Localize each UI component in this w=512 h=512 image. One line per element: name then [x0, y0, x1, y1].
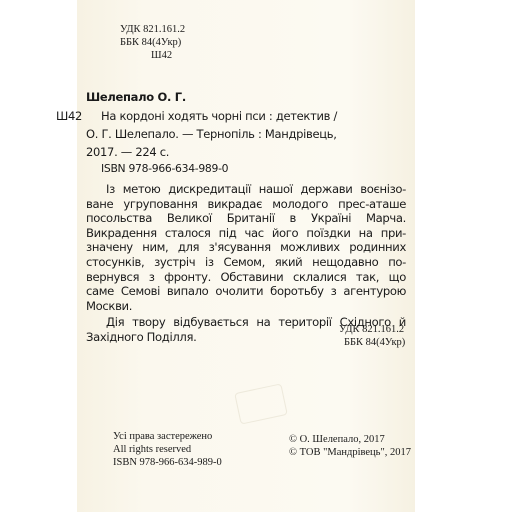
udk-code-top: УДК 821.161.2 [120, 23, 185, 36]
annotation-paragraph: Із метою дискредитації нашої держави воє… [86, 182, 406, 345]
udk-code-bottom: УДК 821.161.2 [339, 323, 404, 336]
catalog-title-line: На кордоні ходять чорні пси : детектив / [101, 109, 337, 123]
bbk-code-bottom: ББК 84(4Укр) [344, 336, 405, 349]
catalog-author-publisher-line: О. Г. Шелепало. — Тернопіль : Мандрівець… [86, 127, 337, 141]
footer-isbn: ISBN 978-966-634-989-0 [113, 456, 222, 469]
catalog-year-pages-line: 2017. — 224 с. [86, 145, 169, 159]
annotation-line: саме Семові випало очолити боротьбу з аг… [86, 284, 406, 299]
show-through-logo [234, 383, 288, 424]
book-imprint-page: УДК 821.161.2 ББК 84(4Укр) Ш42 Шелепало … [77, 0, 415, 512]
annotation-line: вернувся з фронту. Обставини склалися та… [86, 270, 406, 285]
rights-reserved-en: All rights reserved [113, 443, 191, 456]
catalog-isbn: ISBN 978-966-634-989-0 [101, 162, 228, 176]
bbk-code-top: ББК 84(4Укр) [120, 36, 181, 49]
author-mark-top: Ш42 [151, 49, 172, 62]
rights-reserved-uk: Усі права застережено [113, 430, 212, 443]
annotation-line: посольства Великої Британії в Україні Ма… [86, 211, 406, 226]
annotation-line: значену ним, для з'ясування можливих род… [86, 240, 406, 255]
copyright-author: © О. Шелепало, 2017 [289, 433, 385, 446]
annotation-line: Москви. [86, 299, 406, 314]
annotation-line: ване угруповання викрадає молодого прес-… [86, 197, 406, 212]
annotation-line: стосунків, зустріч із Семом, який нещода… [86, 255, 406, 270]
annotation-line: Викрадення сталося під час його поїздки … [86, 226, 406, 241]
catalog-mark: Ш42 [56, 109, 82, 123]
copyright-publisher: © ТОВ "Мандрівець", 2017 [289, 446, 411, 459]
annotation-line: Із метою дискредитації нашої держави воє… [86, 182, 406, 197]
catalog-author: Шелепало О. Г. [86, 90, 186, 104]
